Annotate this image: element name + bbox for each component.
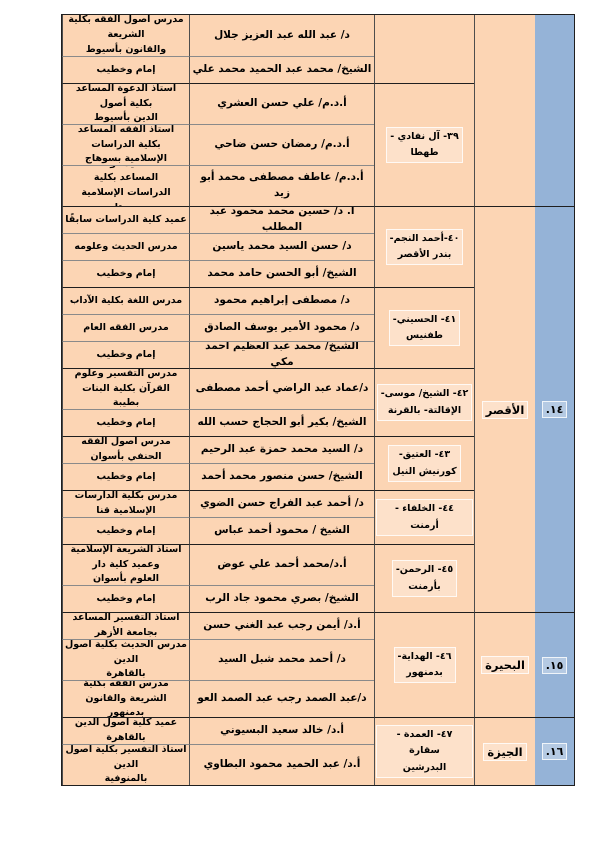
job-title-cell: أستاذ الدعوة المساعد بكلية أصول الدين بأ… — [62, 83, 189, 124]
person-name-cell: د/عماد عبد الراضي أحمد مصطفى — [189, 368, 374, 409]
person-name-cell: د/ عبد الله عبد العزيز جلال — [189, 15, 374, 56]
person-name-cell: د/ مصطفى إبراهيم محمود — [189, 287, 374, 314]
mosque-cell-label: ٤٢- الشيخ/ موسى- الإقالتة- بالقرنة — [378, 385, 472, 419]
person-name-cell: أ.د.م/ علي حسن العشري — [189, 83, 374, 124]
person-name-cell: أ.د/ عبد الحميد محمود البطاوي — [189, 744, 374, 785]
serial-number-cell: ١٤. — [535, 206, 574, 612]
person-name-cell: أ.د/محمد أحمد علي عوض — [189, 544, 374, 585]
serial-number-cell: ١٦. — [535, 717, 574, 785]
job-title-cell: إمام وخطيب — [62, 260, 189, 287]
job-title-cell: إمام وخطيب — [62, 463, 189, 490]
person-name-cell: د/ أحمد محمد شبل السيد — [189, 639, 374, 680]
mosque-cell-label: ٤٤- الخلفاء - أرمنت — [377, 500, 472, 534]
governorate-cell: الأقصر — [474, 206, 535, 612]
mosque-cell-label: ٤٥- الرحمن- بأرمنت — [393, 561, 456, 595]
job-title-cell: أستاذ العقيدة والفلسفة المساعد بكلية الد… — [62, 165, 189, 206]
mosque-cell-label: ٤٠-أحمد النجم- بندر الأقصر — [387, 230, 463, 264]
governorate-cell: الجيزة — [474, 717, 535, 785]
mosque-cell: ٤٢- الشيخ/ موسى- الإقالتة- بالقرنة — [374, 368, 474, 436]
person-name-cell: الشيخ/ أبو الحسن حامد محمد — [189, 260, 374, 287]
person-name-cell: الشيخ/ بكير أبو الحجاج حسب الله — [189, 409, 374, 436]
job-title-cell: إمام وخطيب — [62, 409, 189, 436]
person-name-cell: أ.د.م/ عاطف مصطفى محمد أبو زيد — [189, 165, 374, 206]
person-name-cell: أ. د/ حسين محمد محمود عبد المطلب — [189, 206, 374, 233]
person-name-cell: د/عبد الصمد رجب عبد الصمد العو — [189, 680, 374, 717]
job-title-cell: مدرس اللغة بكلية الآداب — [62, 287, 189, 314]
mosque-cell: ٤١- الحسيني- طفنيس — [374, 287, 474, 368]
job-title-cell: إمام وخطيب — [62, 517, 189, 544]
person-name-cell: د/ محمود الأمير يوسف الصادق — [189, 314, 374, 341]
job-title-cell: مدرس أصول الفقه الحنفي بأسوان — [62, 436, 189, 463]
person-name-cell: الشيخ / محمود أحمد عباس — [189, 517, 374, 544]
mosque-cell: ٤٤- الخلفاء - أرمنت — [374, 490, 474, 544]
mosque-cell: ٤٣- العتيق- كورنيش النيل — [374, 436, 474, 490]
serial-number-cell-label: ١٥. — [543, 658, 567, 673]
mosque-cell: ٤٥- الرحمن- بأرمنت — [374, 544, 474, 612]
job-title-cell: عميد كلية الدراسات سابقًا — [62, 206, 189, 233]
governorate-cell-label: الجيزة — [484, 744, 525, 760]
mosque-cell-label: ٤١- الحسيني- طفنيس — [390, 311, 460, 345]
mosque-cell-label: ٤٣- العتيق- كورنيش النيل — [389, 446, 459, 480]
serial-number-cell-label: ١٤. — [543, 402, 567, 417]
job-title-cell: مدرس الحديث وعلومه — [62, 233, 189, 260]
governorate-cell-label: البحيرة — [482, 657, 528, 673]
serial-number-cell-label: ١٦. — [543, 744, 567, 759]
job-title-cell: إمام وخطيب — [62, 585, 189, 612]
person-name-cell: الشيخ/ محمد عبد الحميد محمد علي — [189, 56, 374, 83]
serial-number-cell: ١٥. — [535, 612, 574, 717]
person-name-cell: الشيخ/ محمد عبد العظيم أحمد مكي — [189, 341, 374, 368]
job-title-cell: عميد كلية أصول الدين بالقاهرة — [62, 717, 189, 744]
governorate-cell: البحيرة — [474, 612, 535, 717]
mosque-cell-empty — [374, 15, 474, 83]
mosque-cell-label: ٣٩- آل نفادي - طهطا — [387, 128, 461, 162]
person-name-cell: د/ أحمد عبد الفراج حسن الضوي — [189, 490, 374, 517]
job-title-cell: إمام وخطيب — [62, 56, 189, 83]
job-title-cell: إمام وخطيب — [62, 341, 189, 368]
job-title-cell: أستاذ الفقه المساعد بكلية الدراسات الإسل… — [62, 124, 189, 165]
person-name-cell: أ.د.م/ رمضان حسن ضاحي — [189, 124, 374, 165]
governorate-cell-label: الأقصر — [483, 402, 528, 418]
person-name-cell: د/ حسن السيد محمد ياسين — [189, 233, 374, 260]
mosque-cell: ٣٩- آل نفادي - طهطا — [374, 83, 474, 206]
job-title-cell: مدرس الفقه العام — [62, 314, 189, 341]
job-title-cell: مدرس الحديث بكلية أصول الدين بالقاهرة — [62, 639, 189, 680]
job-title-cell: مدرس التفسير وعلوم القرآن بكلية البنات ب… — [62, 368, 189, 409]
imams-roster-table: مدرس أصول الفقه بكلية الشريعة والقانون ب… — [61, 14, 575, 786]
person-name-cell: الشيخ/ حسن منصور محمد أحمد — [189, 463, 374, 490]
job-title-cell: أستاذ الشريعة الإسلامية وعميد كلية دار ا… — [62, 544, 189, 585]
mosque-cell-label: ٤٦- الهداية- بدمنهور — [395, 648, 455, 682]
person-name-cell: أ.د/ خالد سعيد البسيوني — [189, 717, 374, 744]
person-name-cell: الشيخ/ بصري محمود جاد الرب — [189, 585, 374, 612]
governorate-cell-empty — [474, 15, 535, 206]
document-page: مدرس أصول الفقه بكلية الشريعة والقانون ب… — [0, 0, 595, 842]
job-title-cell: أستاذ التفسير المساعد بجامعة الأزهر — [62, 612, 189, 639]
job-title-cell: مدرس بكلية الدارسات الإسلامية قنا — [62, 490, 189, 517]
job-title-cell: مدرس الفقه بكلية الشريعة والقانون بدمنهو… — [62, 680, 189, 717]
job-title-cell: أستاذ التفسير بكلية أصول الدين بالمنوفية — [62, 744, 189, 785]
person-name-cell: د/ السيد محمد حمزة عبد الرحيم — [189, 436, 374, 463]
serial-number-cell-empty — [535, 15, 574, 206]
mosque-cell: ٤٧- العمدة - سقارة البدرشين — [374, 717, 474, 785]
mosque-cell: ٤٠-أحمد النجم- بندر الأقصر — [374, 206, 474, 287]
mosque-cell: ٤٦- الهداية- بدمنهور — [374, 612, 474, 717]
person-name-cell: أ.د/ أيمن رجب عبد الغني حسن — [189, 612, 374, 639]
mosque-cell-label: ٤٧- العمدة - سقارة البدرشين — [377, 726, 472, 776]
job-title-cell: مدرس أصول الفقه بكلية الشريعة والقانون ب… — [62, 15, 189, 56]
